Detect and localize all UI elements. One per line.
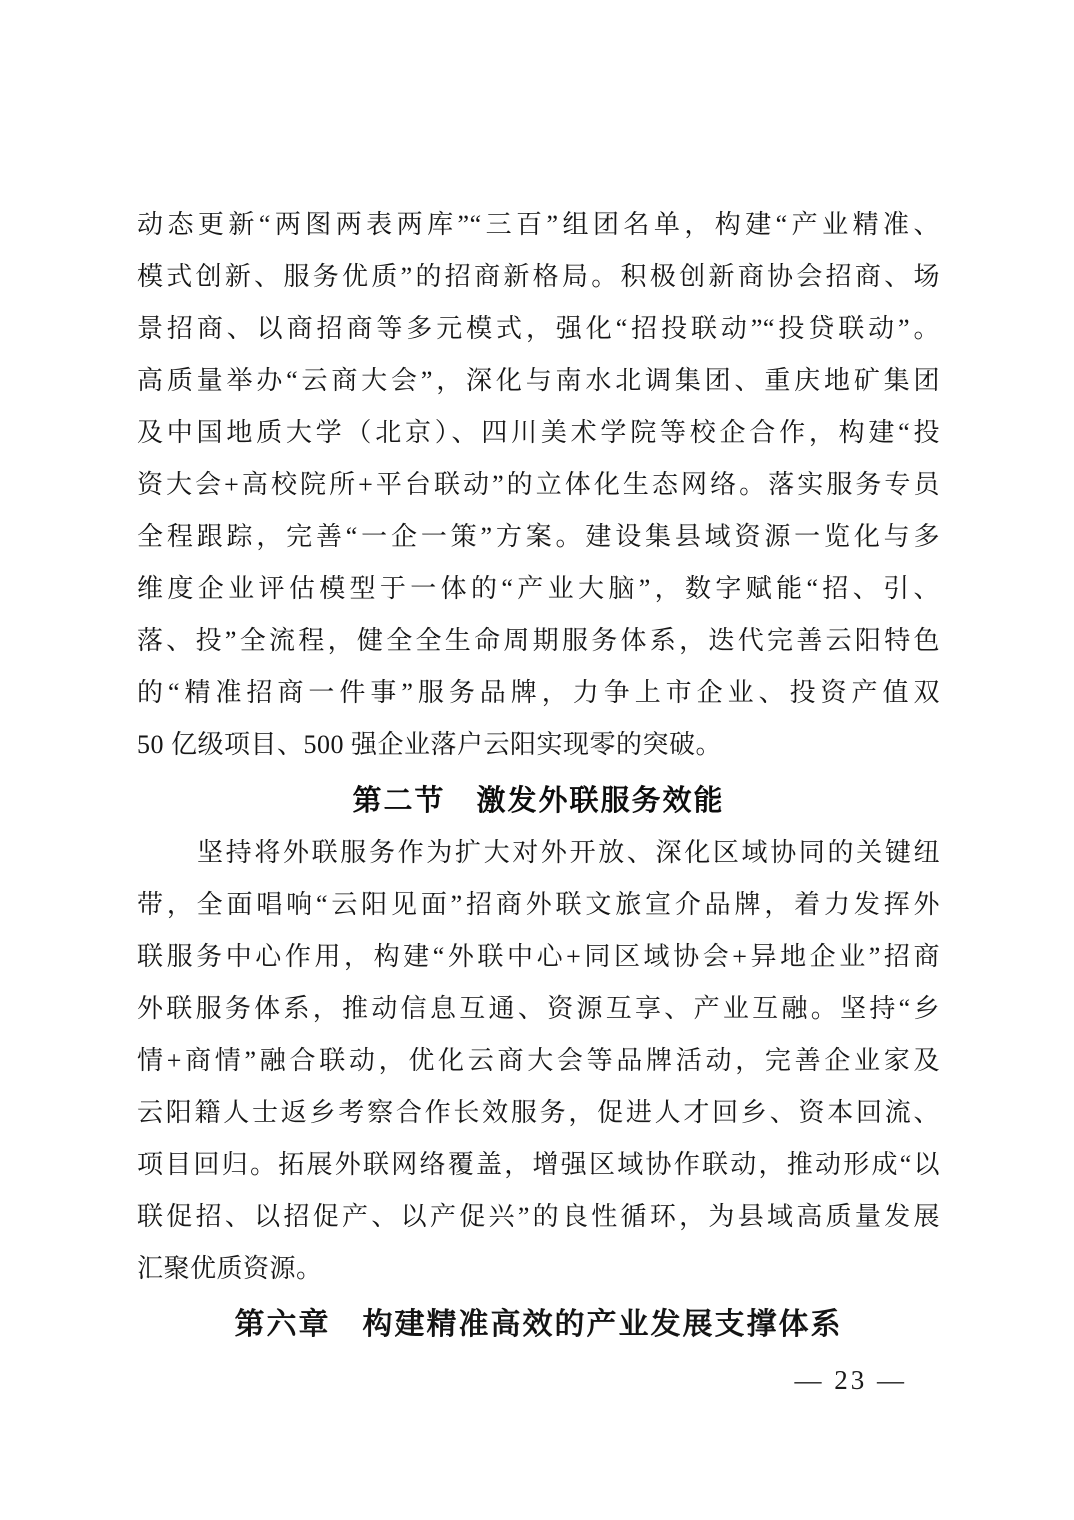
text-block: 动态更新“两图两表两库”“三百”组团名单，构建“产业精准、模式创新、服务优质”的… <box>137 199 940 1396</box>
text-line: 及中国地质大学（北京）、四川美术学院等校企合作，构建“投 <box>137 407 940 459</box>
text-line: 外联服务体系，推动信息互通、资源互享、产业互融。坚持“乡 <box>137 983 940 1035</box>
text-line: 高质量举办“云商大会”，深化与南水北调集团、重庆地矿集团 <box>137 355 940 407</box>
text-line: 带，全面唱响“云阳见面”招商外联文旅宣介品牌，着力发挥外 <box>137 879 940 931</box>
text-line: 云阳籍人士返乡考察合作长效服务，促进人才回乡、资本回流、 <box>137 1087 940 1139</box>
text-line: 落、投”全流程，健全全生命周期服务体系，迭代完善云阳特色 <box>137 615 940 667</box>
text-line: 动态更新“两图两表两库”“三百”组团名单，构建“产业精准、 <box>137 199 940 251</box>
text-line: 全程跟踪，完善“一企一策”方案。建设集县域资源一览化与多 <box>137 511 940 563</box>
text-line: 景招商、以商招商等多元模式，强化“招投联动”“投贷联动”。 <box>137 303 940 355</box>
text-line: 联服务中心作用，构建“外联中心+同区域协会+异地企业”招商 <box>137 931 940 983</box>
text-line: 情+商情”融合联动，优化云商大会等品牌活动，完善企业家及 <box>137 1035 940 1087</box>
text-line: 汇聚优质资源。 <box>137 1243 940 1295</box>
text-line: 模式创新、服务优质”的招商新格局。积极创新商协会招商、场 <box>137 251 940 303</box>
text-line: 联促招、以招促产、以产促兴”的良性循环，为县域高质量发展 <box>137 1191 940 1243</box>
text-line: 项目回归。拓展外联网络覆盖，增强区域协作联动，推动形成“以 <box>137 1139 940 1191</box>
text-line: 坚持将外联服务作为扩大对外开放、深化区域协同的关键纽 <box>137 827 940 879</box>
paragraph-1: 动态更新“两图两表两库”“三百”组团名单，构建“产业精准、模式创新、服务优质”的… <box>137 199 940 771</box>
text-line: 维度企业评估模型于一体的“产业大脑”，数字赋能“招、引、 <box>137 563 940 615</box>
chapter-heading: 第六章 构建精准高效的产业发展支撑体系 <box>137 1299 940 1351</box>
text-line: 50 亿级项目、500 强企业落户云阳实现零的突破。 <box>137 719 940 771</box>
paragraph-2: 坚持将外联服务作为扩大对外开放、深化区域协同的关键纽带，全面唱响“云阳见面”招商… <box>137 827 940 1295</box>
page-number: — 23 — <box>137 1365 940 1396</box>
text-line: 的“精准招商一件事”服务品牌，力争上市企业、投资产值双 <box>137 667 940 719</box>
text-line: 资大会+高校院所+平台联动”的立体化生态网络。落实服务专员 <box>137 459 940 511</box>
document-page: 动态更新“两图两表两库”“三百”组团名单，构建“产业精准、模式创新、服务优质”的… <box>0 0 1074 1520</box>
section-heading: 第二节 激发外联服务效能 <box>137 775 940 827</box>
